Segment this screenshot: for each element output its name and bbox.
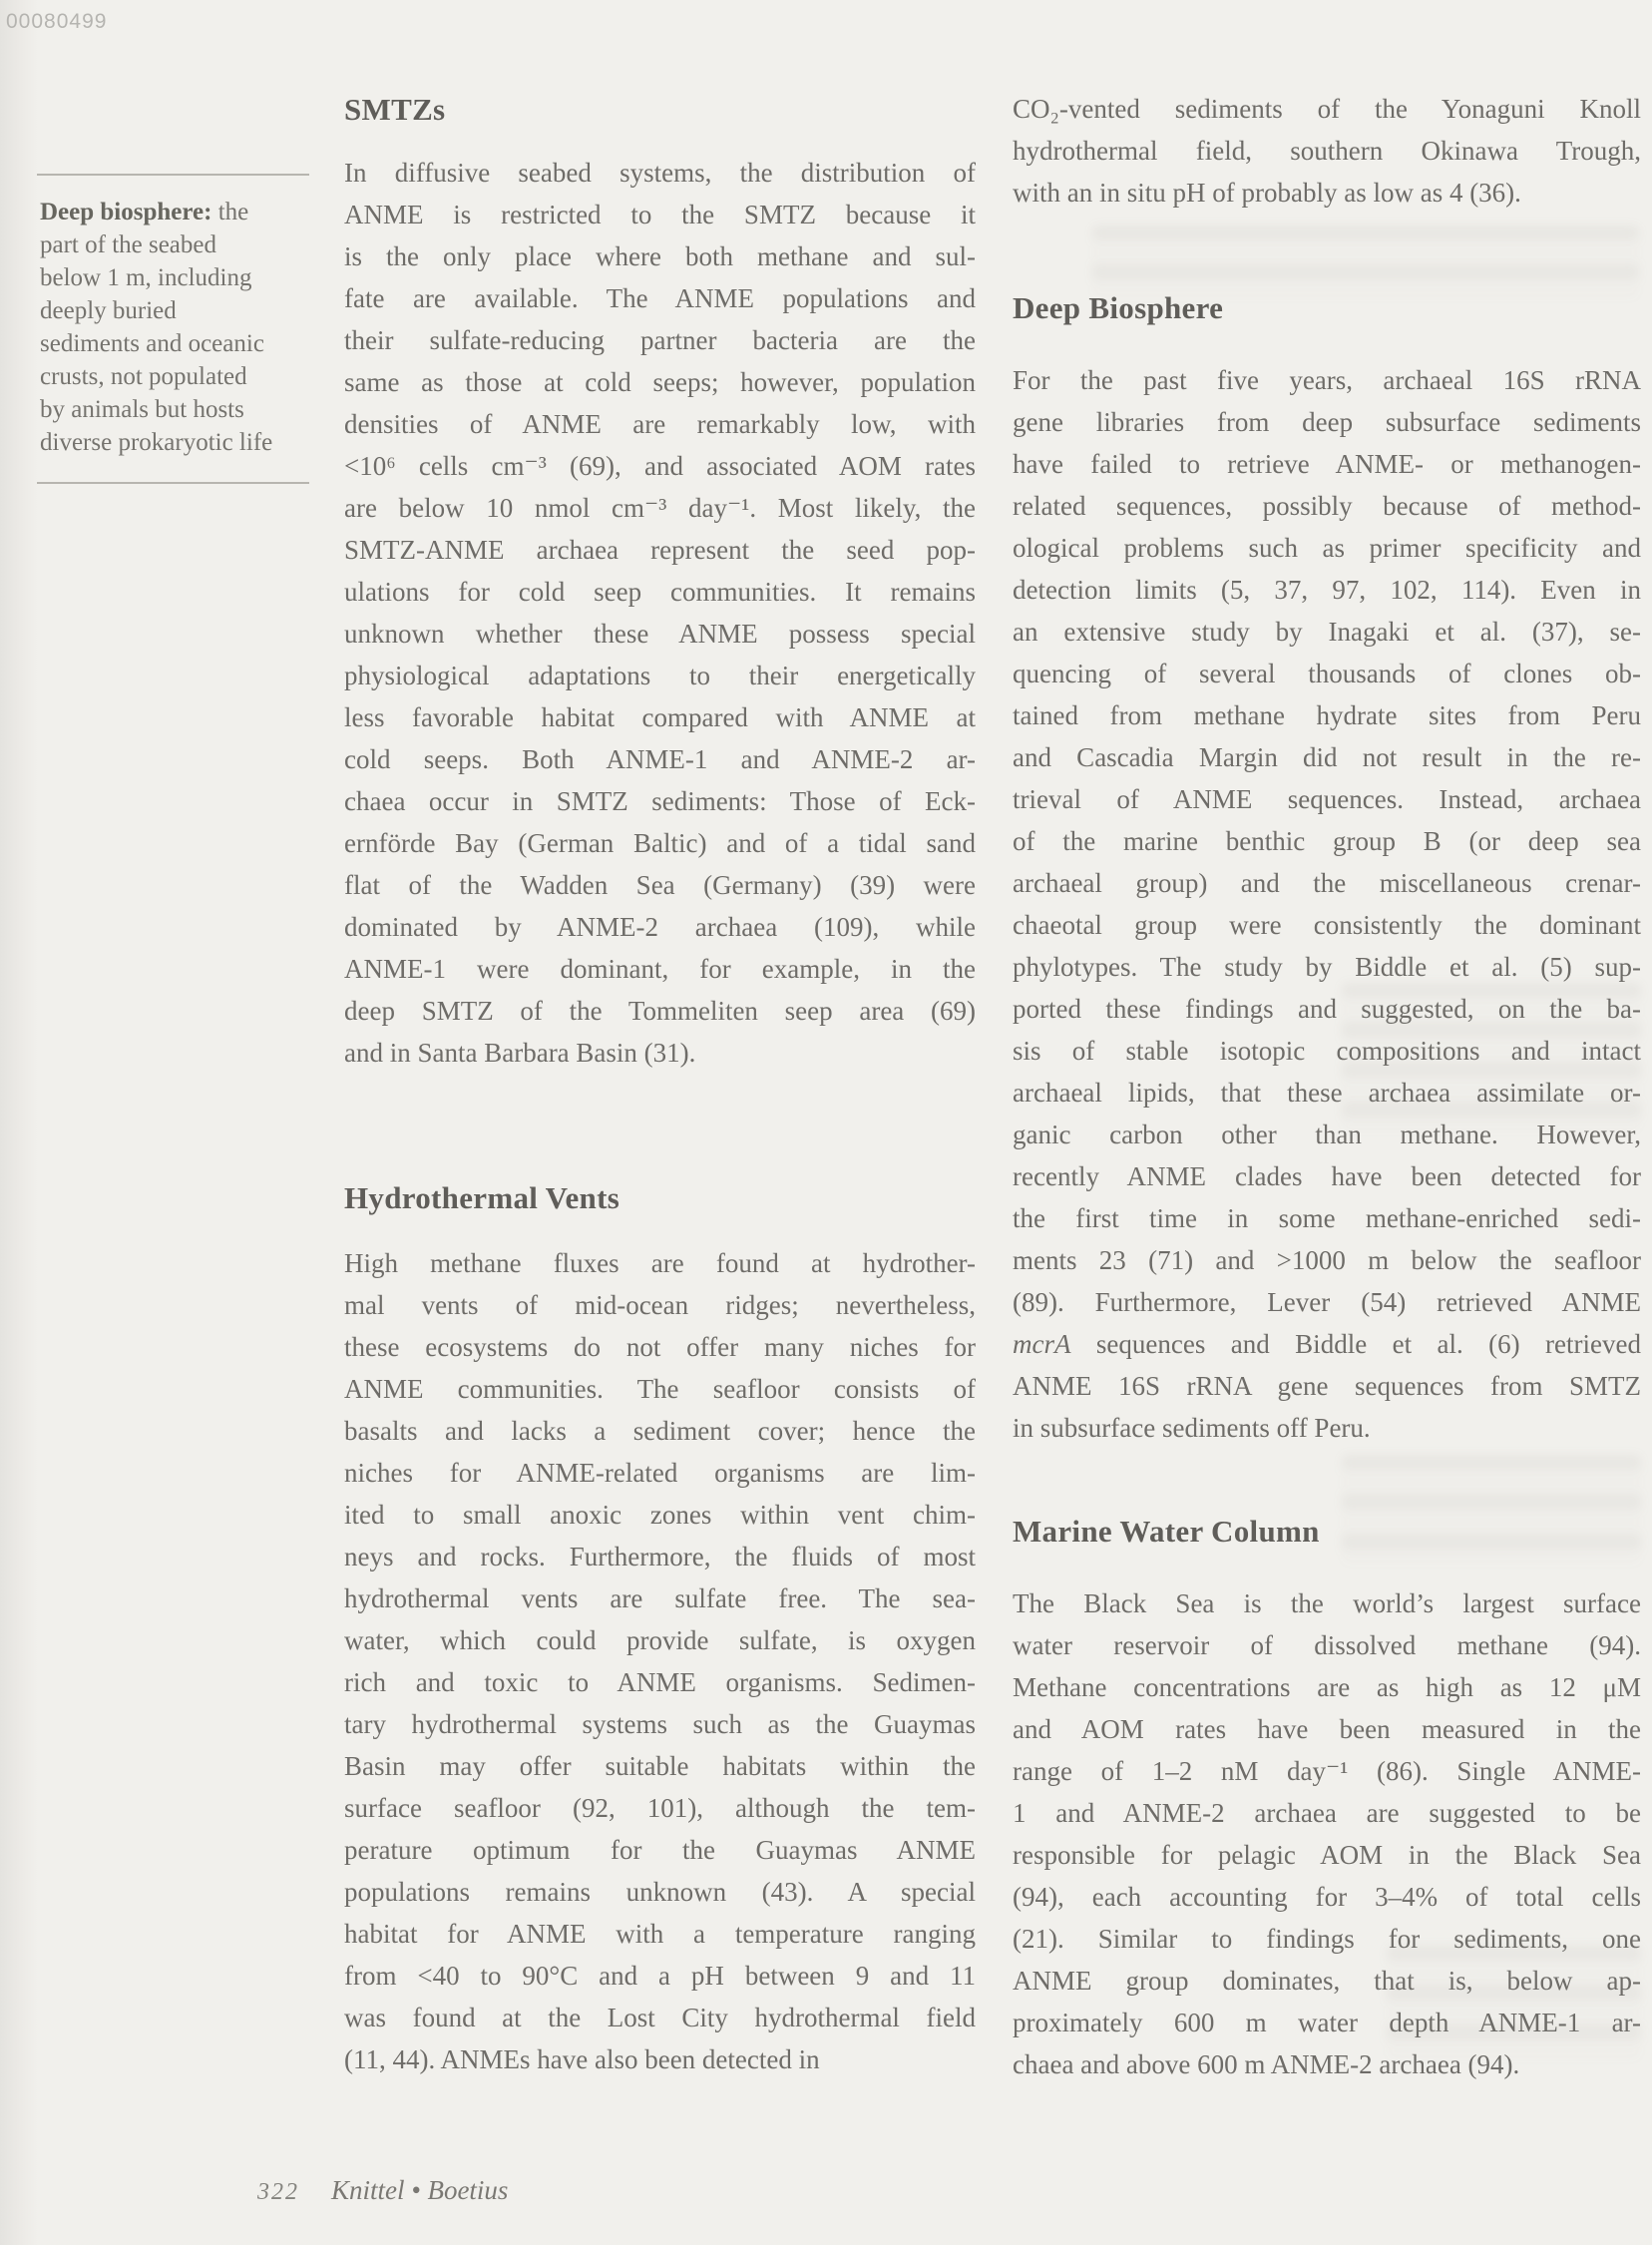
text-line: sis of stable isotopic compositions and … — [1013, 1030, 1641, 1072]
section-heading-marine-water-column: Marine Water Column — [1013, 1514, 1320, 1550]
text-line: (11, 44). ANMEs have also been detected … — [344, 2038, 976, 2080]
section-heading-deep-biosphere: Deep Biosphere — [1013, 290, 1223, 326]
text-line: (21). Similar to findings for sediments,… — [1013, 1918, 1641, 1960]
text-line: mcrA sequences and Biddle et al. (6) ret… — [1013, 1323, 1641, 1365]
text-line: ANME is restricted to the SMTZ because i… — [344, 194, 976, 235]
text-line: water reservoir of dissolved methane (94… — [1013, 1624, 1641, 1666]
text-line: quencing of several thousands of clones … — [1013, 653, 1641, 694]
text-line: SMTZ-ANME archaea represent the seed pop… — [344, 529, 976, 571]
text-line: the first time in some methane-enriched … — [1013, 1197, 1641, 1239]
text-line: below 1 m, including — [40, 261, 319, 294]
running-head: Knittel • Boetius — [331, 2175, 508, 2206]
text-line: perature optimum for the Guaymas ANME — [344, 1829, 976, 1871]
text-line: CO₂-vented sediments of the Yonaguni Kno… — [1013, 88, 1641, 130]
text-line: crusts, not populated — [40, 360, 319, 393]
text-line: ulations for cold seep communities. It r… — [344, 571, 976, 613]
text-line: archaeal lipids, that these archaea assi… — [1013, 1072, 1641, 1114]
text-line: an extensive study by Inagaki et al. (37… — [1013, 611, 1641, 653]
text-line: basalts and lacks a sediment cover; henc… — [344, 1410, 976, 1452]
text-line: ANME communities. The seafloor consists … — [344, 1368, 976, 1410]
text-line: part of the seabed — [40, 228, 319, 261]
text-line: unknown whether these ANME possess speci… — [344, 613, 976, 655]
bleed-through-artifact — [1342, 1455, 1641, 1565]
text-line: surface seafloor (92, 101), although the… — [344, 1787, 976, 1829]
text-line: gene libraries from deep subsurface sedi… — [1013, 401, 1641, 443]
text-line: less favorable habitat compared with ANM… — [344, 696, 976, 738]
margin-note-top-rule — [37, 174, 309, 176]
text-line: chaea occur in SMTZ sediments: Those of … — [344, 780, 976, 822]
text-line: in subsurface sediments off Peru. — [1013, 1407, 1641, 1449]
text-line: 1 and ANME-2 archaea are suggested to be — [1013, 1792, 1641, 1834]
text-line: tary hydrothermal systems such as the Gu… — [344, 1703, 976, 1745]
text-line: is the only place where both methane and… — [344, 235, 976, 277]
text-line: these ecosystems do not offer many niche… — [344, 1326, 976, 1368]
text-line: and Cascadia Margin did not result in th… — [1013, 736, 1641, 778]
text-line: and AOM rates have been measured in the — [1013, 1708, 1641, 1750]
text-line: chaeotal group were consistently the dom… — [1013, 904, 1641, 946]
text-line: proximately 600 m water depth ANME-1 ar- — [1013, 2002, 1641, 2043]
text-line: Methane concentrations are as high as 12… — [1013, 1666, 1641, 1708]
text-line: ganic carbon other than methane. However… — [1013, 1114, 1641, 1155]
text-line: hydrothermal vents are sulfate free. The… — [344, 1577, 976, 1619]
text-line: rich and toxic to ANME organisms. Sedime… — [344, 1661, 976, 1703]
text-line: by animals but hosts — [40, 393, 319, 426]
section-heading-smtzs: SMTZs — [344, 92, 445, 128]
text-line: ANME group dominates, that is, below ap- — [1013, 1960, 1641, 2002]
text-line: range of 1–2 nM day⁻¹ (86). Single ANME- — [1013, 1750, 1641, 1792]
text-line: related sequences, possibly because of m… — [1013, 485, 1641, 527]
text-line: responsible for pelagic AOM in the Black… — [1013, 1834, 1641, 1876]
text-line: populations remains unknown (43). A spec… — [344, 1871, 976, 1913]
paragraph-marine-water-column: The Black Sea is the world’s largest sur… — [1013, 1582, 1641, 2085]
paragraph-okinawa-continuation: CO₂-vented sediments of the Yonaguni Kno… — [1013, 88, 1641, 214]
text-line: recently ANME clades have been detected … — [1013, 1155, 1641, 1197]
text-line: ological problems such as primer specifi… — [1013, 527, 1641, 569]
text-line: their sulfate-reducing partner bacteria … — [344, 319, 976, 361]
text-line: same as those at cold seeps; however, po… — [344, 361, 976, 403]
text-line: deeply buried — [40, 294, 319, 327]
text-line: detection limits (5, 37, 97, 102, 114). … — [1013, 569, 1641, 611]
text-line: niches for ANME-related organisms are li… — [344, 1452, 976, 1494]
text-line: sediments and oceanic — [40, 327, 319, 360]
text-line: phylotypes. The study by Biddle et al. (… — [1013, 946, 1641, 988]
text-line: Deep biosphere: the — [40, 196, 319, 228]
text-line: physiological adaptations to their energ… — [344, 655, 976, 696]
margin-note-bottom-rule — [37, 482, 309, 484]
text-line: fate are available. The ANME populations… — [344, 277, 976, 319]
text-line: tained from methane hydrate sites from P… — [1013, 694, 1641, 736]
scan-id-number: 00080499 — [6, 10, 107, 34]
text-line: In diffusive seabed systems, the distrib… — [344, 152, 976, 194]
text-line: from <40 to 90°C and a pH between 9 and … — [344, 1955, 976, 1997]
text-line: ported these findings and suggested, on … — [1013, 988, 1641, 1030]
text-line: ANME-1 were dominant, for example, in th… — [344, 948, 976, 990]
text-line: water, which could provide sulfate, is o… — [344, 1619, 976, 1661]
text-line: ments 23 (71) and >1000 m below the seaf… — [1013, 1239, 1641, 1281]
bleed-through-artifact — [1092, 225, 1639, 299]
text-line: and in Santa Barbara Basin (31). — [344, 1032, 976, 1074]
text-line: hydrothermal field, southern Okinawa Tro… — [1013, 130, 1641, 172]
text-line: densities of ANME are remarkably low, wi… — [344, 403, 976, 445]
text-line: (94), each accounting for 3–4% of total … — [1013, 1876, 1641, 1918]
text-line: ANME 16S rRNA gene sequences from SMTZ — [1013, 1365, 1641, 1407]
paragraph-smtzs: In diffusive seabed systems, the distrib… — [344, 152, 976, 1074]
page-number: 322 — [257, 2179, 299, 2206]
text-line: deep SMTZ of the Tommeliten seep area (6… — [344, 990, 976, 1032]
text-line: cold seeps. Both ANME-1 and ANME-2 ar- — [344, 738, 976, 780]
text-line: flat of the Wadden Sea (Germany) (39) we… — [344, 864, 976, 906]
paragraph-hydrothermal-vents: High methane fluxes are found at hydroth… — [344, 1242, 976, 2080]
text-line: of the marine benthic group B (or deep s… — [1013, 820, 1641, 862]
text-line: was found at the Lost City hydrothermal … — [344, 1997, 976, 2038]
text-line: Basin may offer suitable habitats within… — [344, 1745, 976, 1787]
text-line: trieval of ANME sequences. Instead, arch… — [1013, 778, 1641, 820]
text-line: (89). Furthermore, Lever (54) retrieved … — [1013, 1281, 1641, 1323]
text-line: have failed to retrieve ANME- or methano… — [1013, 443, 1641, 485]
text-line: archaeal group) and the miscellaneous cr… — [1013, 862, 1641, 904]
text-line: ited to small anoxic zones within vent c… — [344, 1494, 976, 1536]
scan-edge-shadow — [0, 0, 38, 2245]
text-line: with an in situ pH of probably as low as… — [1013, 172, 1641, 214]
text-line: chaea and above 600 m ANME-2 archaea (94… — [1013, 2043, 1641, 2085]
paragraph-deep-biosphere: For the past five years, archaeal 16S rR… — [1013, 359, 1641, 1449]
text-line: neys and rocks. Furthermore, the fluids … — [344, 1536, 976, 1577]
text-line: High methane fluxes are found at hydroth… — [344, 1242, 976, 1284]
text-line: are below 10 nmol cm⁻³ day⁻¹. Most likel… — [344, 487, 976, 529]
scanned-page: 00080499 Deep biosphere: thepart of the … — [0, 0, 1652, 2245]
text-line: diverse prokaryotic life — [40, 426, 319, 459]
text-line: habitat for ANME with a temperature rang… — [344, 1913, 976, 1955]
text-line: ernförde Bay (German Baltic) and of a ti… — [344, 822, 976, 864]
section-heading-hydrothermal-vents: Hydrothermal Vents — [344, 1180, 619, 1216]
text-line: mal vents of mid-ocean ridges; neverthel… — [344, 1284, 976, 1326]
margin-note-deep-biosphere: Deep biosphere: thepart of the seabedbel… — [40, 196, 319, 459]
text-line: For the past five years, archaeal 16S rR… — [1013, 359, 1641, 401]
text-line: dominated by ANME-2 archaea (109), while — [344, 906, 976, 948]
text-line: <10⁶ cells cm⁻³ (69), and associated AOM… — [344, 445, 976, 487]
text-line: The Black Sea is the world’s largest sur… — [1013, 1582, 1641, 1624]
